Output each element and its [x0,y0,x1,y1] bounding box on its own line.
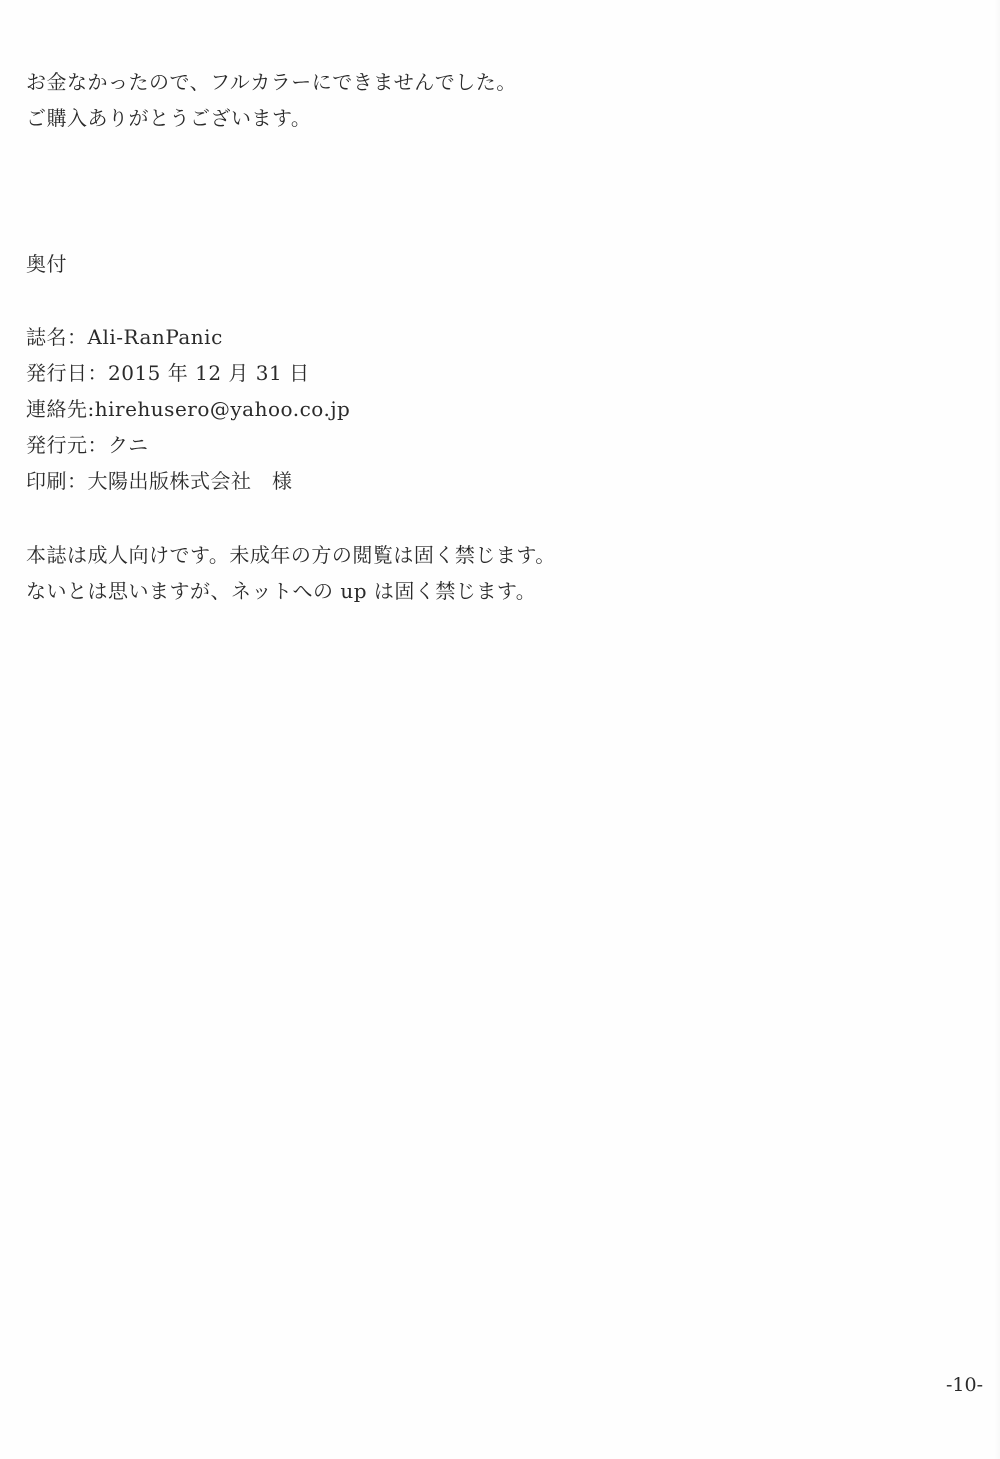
field-label: 発行日： [26,361,108,385]
notice-line-1: 本誌は成人向けです。未成年の方の閲覧は固く禁じます。 [26,543,556,567]
field-value: 大陽出版株式会社 様 [88,469,293,493]
intro-line-1: お金なかったので、フルカラーにできませんでした。 [26,70,517,94]
field-label: 連絡先: [26,397,95,421]
colophon-date-field: 発行日：2015 年 12 月 31 日 [26,361,310,385]
field-value: Ali-RanPanic [88,325,223,349]
colophon-heading: 奥付 [26,252,67,276]
page-number: -10- [946,1374,983,1396]
field-value: 2015 年 12 月 31 日 [108,361,310,385]
colophon-contact-field: 連絡先:hirehusero@yahoo.co.jp [26,397,350,421]
page-edge-shadow [994,0,1000,1459]
field-label: 誌名： [26,325,88,349]
contact-email: hirehusero@yahoo.co.jp [95,397,351,421]
colophon-publisher-field: 発行元：クニ [26,433,149,457]
field-value: クニ [108,433,149,457]
notice-line-2: ないとは思いますが、ネットへの up は固く禁じます。 [26,579,536,603]
document-page: お金なかったので、フルカラーにできませんでした。 ご購入ありがとうございます。 … [0,0,1000,1459]
field-label: 発行元： [26,433,108,457]
intro-line-2: ご購入ありがとうございます。 [26,106,311,130]
colophon-title-field: 誌名：Ali-RanPanic [26,325,223,349]
colophon-printer-field: 印刷：大陽出版株式会社 様 [26,469,293,493]
field-label: 印刷： [26,469,88,493]
